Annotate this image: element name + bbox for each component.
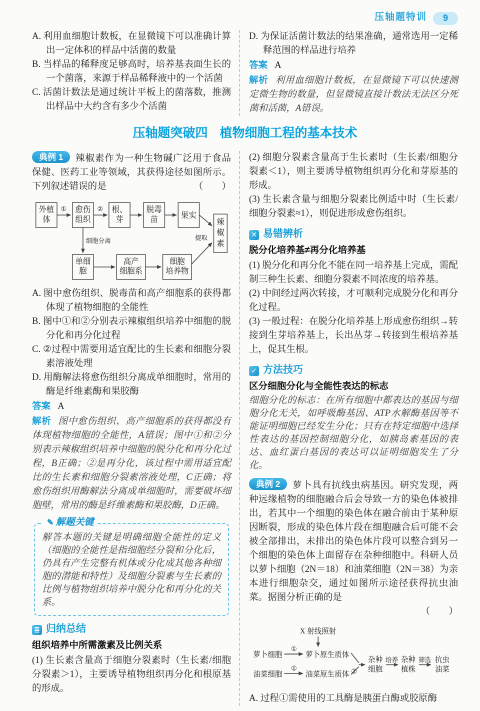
svg-text:胞: 胞 [79, 267, 87, 276]
section-title-number: 压轴题突破四 [133, 126, 208, 140]
label-step1b: ① [291, 666, 297, 673]
pencil-icon: ✎ [47, 518, 54, 527]
svg-text:素: 素 [217, 238, 225, 248]
example1-analysis-text: 图中愈伤组织、高产细胞系的获得都没有体现植物细胞的全能性，A错误；图中①和②分别… [32, 417, 231, 511]
error-analysis-header: ✕ 易错辨析 [249, 228, 458, 241]
summary-subtitle: 组织培养中所需激素及比例关系 [32, 638, 231, 652]
summary-item-2: (2) 细胞分裂素含量高于生长素时（生长素/细胞分裂素＜1），则主要诱导植物组织… [249, 151, 458, 193]
svg-text:脱毒: 脱毒 [146, 204, 162, 214]
error-item-2: (2) 中间经过两次转接，才可顺利完成脱分化和再分化过程。 [249, 287, 458, 315]
svg-text:外植: 外植 [39, 204, 55, 214]
svg-text:组织: 组织 [75, 215, 91, 224]
main-right-column: (2) 细胞分裂素含量高于生长素时（生长素/细胞分裂素＜1），则主要诱导植物组织… [239, 151, 458, 706]
svg-text:细胞: 细胞 [169, 257, 185, 266]
method-tips-header-label: 方法技巧 [263, 364, 303, 377]
example1-answer-value: A [58, 402, 65, 412]
summary-header: ≣ 归纳总结 [32, 623, 231, 636]
prev-option-c: C. 活菌计数法是通过统计平板上的菌落数，推测出样品中大约含有多少个活菌 [32, 86, 231, 114]
svg-text:果实: 果实 [181, 210, 197, 220]
prev-answer-value: A [275, 61, 282, 71]
svg-text:细胞: 细胞 [368, 665, 383, 674]
example2-badge: 典例 2 [249, 478, 287, 490]
main-left-column: 典例 1辣椒素作为一种生物碱广泛用于食品保健、医药工业等领域，其获得途径如图所示… [32, 151, 239, 706]
example1-analysis-row: 解析图中愈伤组织、高产细胞系的获得都没有体现植物细胞的全能性，A错误；图中①和②… [32, 414, 231, 513]
summary-icon: ≣ [32, 625, 42, 635]
converge-line-top [351, 653, 359, 663]
prev-answer-row: 答案A [249, 58, 458, 73]
example1-option-c: C. ②过程中需要用适宜配比的生长素和细胞分裂素溶液处理 [32, 343, 231, 371]
svg-text:杂种: 杂种 [401, 655, 416, 664]
error-item-3: (3) 一般过程：在脱分化培养基上形成愈伤组织→转接到生芽培养基上，长出丛芽→转… [249, 315, 458, 357]
summary-item-1: (1) 生长素含量高于细胞分裂素时（生长素/细胞分裂素＞1），主要诱导植物组织再… [32, 654, 231, 696]
example1-answer-row: 答案A [32, 399, 231, 414]
label-culture: 培养 [385, 655, 398, 664]
example1-option-a: A. 图中愈伤组织、脱毒苗和高产细胞系的获得都体现了植物细胞的全能性 [32, 287, 231, 315]
prev-analysis-row: 解析利用血细胞计数板，在显微镜下可以快速测定微生物的数量，但显微镜直接计数法无法… [249, 73, 458, 116]
label-step1: ① [61, 205, 67, 213]
arrow-fruit-to-capsaicin [199, 215, 212, 226]
prev-option-b: B. 当样品的稀释度足够高时，培养基表面生长的一个菌落，来源于样品稀释液中的一个… [32, 58, 231, 86]
previous-question-region: A. 利用血细胞计数板，在显微镜下可以准确计算出一定体积的样品中活菌的数量 B.… [32, 30, 458, 116]
label-cell-separation: 细胞分离 [86, 236, 111, 245]
summary-header-label: 归纳总结 [46, 623, 86, 636]
page-number-badge: 9 [433, 12, 458, 25]
example2-answer-bracket: （ ） [249, 605, 458, 619]
method-tips-subtitle: 区分细胞分化与全能性表达的标志 [249, 379, 458, 393]
example2-stem-text: 萝卜具有抗线虫病基因。研究发现，两种远缘植物的细胞融合后会导致一方的染色体被排出… [249, 481, 458, 603]
label-screen: 筛选 [418, 655, 431, 664]
answer-label: 答案 [249, 60, 268, 70]
cell-hybridization-diagram: X 射线照射 萝卜细胞 ① 萝卜原生质体 油菜细胞 ① 油菜原生质体 ② 杂种 … [250, 624, 458, 688]
svg-text:杂种: 杂种 [368, 655, 383, 664]
label-extract: 提取 [195, 233, 208, 242]
key-point-text: 解答本题的关键是明确细胞全能性的定义（细胞的全能性是指细胞经分裂和分化后，仍具有… [42, 532, 221, 610]
answer-label: 答案 [32, 401, 51, 411]
key-point-title: ✎解题关键 [43, 516, 98, 530]
section-title: 压轴题突破四植物细胞工程的基本技术 [32, 124, 458, 142]
example1-option-b: B. 图中①和②分别表示辣椒组织培养中细胞的脱分化和再分化过程 [32, 315, 231, 343]
label-step2: ② [351, 668, 357, 675]
label-step2: ② [97, 205, 103, 213]
key-point-box: ✎解题关键 解答本题的关键是明确细胞全能性的定义（细胞的全能性是指细胞经分裂和分… [34, 523, 229, 616]
example1-badge: 典例 1 [32, 151, 70, 163]
error-analysis-header-label: 易错辨析 [263, 228, 303, 241]
svg-text:椒: 椒 [217, 227, 225, 237]
node-rape-cell: 油菜细胞 [253, 669, 283, 678]
label-step1a: ① [291, 646, 297, 653]
example2-stem: 典例 2萝卜具有抗线虫病基因。研究发现，两种远缘植物的细胞融合后会导致一方的染色… [249, 478, 458, 605]
node-radish-protoplast: 萝卜原生质体 [305, 650, 349, 659]
svg-text:培养物: 培养物 [166, 266, 189, 276]
main-region: 典例 1辣椒素作为一种生物碱广泛用于食品保健、医药工业等领域，其获得途径如图所示… [32, 151, 458, 706]
capsaicin-pathway-diagram: 外植 体 愈伤 组织 根、 芽 脱毒 苗 果实 辣 椒 素 单细 [32, 199, 232, 283]
svg-text:单细: 单细 [75, 256, 91, 266]
prev-option-d: D. 为保证活菌计数法的结果准确，通常选用一定稀释范围的样品进行培养 [249, 30, 458, 58]
error-item-1: (1) 脱分化和再分化不能在同一培养基上完成，需配制三种生长素、细胞分裂素不同浓… [249, 259, 458, 287]
analysis-label: 解析 [32, 416, 51, 426]
svg-text:高产: 高产 [123, 256, 139, 266]
arrow-culture-to-capsaicin [192, 243, 212, 264]
svg-text:体: 体 [43, 214, 51, 224]
prev-option-a: A. 利用血细胞计数板，在显微镜下可以准确计算出一定体积的样品中活菌的数量 [32, 30, 231, 58]
example1-option-d: D. 用酶解法将愈伤组织分离成单细胞时，常用的酶是纤维素酶和果胶酶 [32, 371, 231, 399]
node-rape-protoplast: 油菜原生质体 [305, 669, 349, 678]
svg-text:细胞系: 细胞系 [119, 266, 142, 276]
method-tips-header: ✓ 方法技巧 [249, 364, 458, 377]
label-xray: X 射线照射 [300, 627, 337, 636]
header-series-title: 压轴题特训 [374, 11, 427, 25]
prev-analysis-text: 利用血细胞计数板，在显微镜下可以快速测定微生物的数量，但显微镜直接计数法无法区分… [249, 76, 458, 114]
error-analysis-subtitle: 脱分化培养基≠再分化培养基 [249, 243, 458, 257]
node-radish-cell: 萝卜细胞 [253, 650, 283, 659]
svg-text:油菜: 油菜 [434, 665, 449, 674]
prev-right-column: D. 为保证活菌计数法的结果准确，通常选用一定稀释范围的样品进行培养 答案A 解… [239, 30, 458, 116]
error-analysis-icon: ✕ [249, 230, 259, 240]
svg-text:苗: 苗 [150, 214, 158, 224]
svg-text:抗虫: 抗虫 [434, 655, 449, 664]
svg-text:辣: 辣 [217, 217, 225, 227]
section-title-text: 植物细胞工程的基本技术 [220, 126, 358, 140]
example2-option-a: A. 过程①需使用的工具酶是胰蛋白酶或胶原酶 [249, 692, 458, 706]
prev-left-column: A. 利用血细胞计数板，在显微镜下可以准确计算出一定体积的样品中活菌的数量 B.… [32, 30, 239, 116]
svg-text:植株: 植株 [401, 665, 416, 674]
analysis-label: 解析 [249, 75, 268, 85]
summary-item-3: (3) 生长素含量与细胞分裂素比例适中时（生长素/细胞分裂素≈1），则促进形成愈… [249, 193, 458, 221]
method-tips-icon: ✓ [249, 366, 259, 376]
method-tips-text: 细胞分化的标志：在所有细胞中都表达的基因与细胞分化无关，如呼吸酶基因、ATP水解… [249, 395, 458, 473]
svg-text:根、: 根、 [112, 204, 127, 214]
page-header: 压轴题特训 9 [32, 10, 458, 26]
svg-text:芽: 芽 [116, 214, 124, 224]
svg-text:愈伤: 愈伤 [75, 204, 91, 214]
workbook-page: 压轴题特训 9 A. 利用血细胞计数板，在显微镜下可以准确计算出一定体积的样品中… [0, 0, 480, 711]
